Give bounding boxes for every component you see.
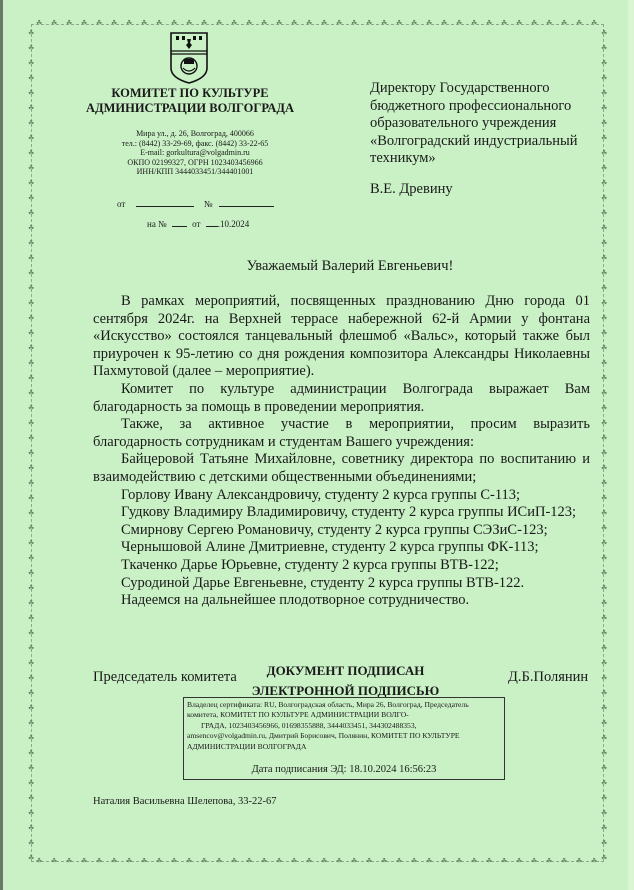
recipient-item: Суродиной Дарье Евгеньевне, студенту 2 к…: [93, 575, 590, 593]
closing-paragraph: Надеемся на дальнейшее плодотворное сотр…: [93, 592, 590, 610]
signer-name: Д.Б.Полянин: [508, 669, 588, 686]
recipient-item: Байцеровой Татьяне Михайловне, советнику…: [93, 451, 590, 486]
e-signature-certificate-box: Владелец сертификата: RU, Волгоградская …: [183, 697, 505, 780]
recipient-item: Гудкову Владимиру Владимировичу, студент…: [93, 504, 590, 522]
letter-body: В рамках мероприятий, посвященных праздн…: [93, 293, 590, 610]
volgograd-coat-of-arms-icon: [167, 30, 211, 85]
recipient-item: Ткаченко Дарье Юрьевне, студенту 2 курса…: [93, 557, 590, 575]
recipient-item: Смирнову Сергею Романовичу, студенту 2 к…: [93, 522, 590, 540]
paragraph: Также, за активное участие в мероприятии…: [93, 416, 590, 451]
signing-date: Дата подписания ЭД: 18.10.2024 16:56:23: [184, 765, 504, 775]
e-signature-stamp-heading: ДОКУМЕНТ ПОДПИСАН ЭЛЕКТРОННОЙ ПОДПИСЬЮ: [238, 661, 453, 701]
paragraph: Комитет по культуре администрации Волгог…: [93, 381, 590, 416]
recipient-item: Горлову Ивану Александровичу, студенту 2…: [93, 487, 590, 505]
organization-name: КОМИТЕТ ПО КУЛЬТУРЕ АДМИНИСТРАЦИИ ВОЛГОГ…: [60, 86, 320, 116]
number-blank: [219, 197, 274, 207]
organization-contacts: Мира ул., д. 26, Волгоград, 400066 тел.:…: [70, 129, 320, 177]
reply-reference-line: на № от .10.2024: [147, 217, 249, 229]
salutation: Уважаемый Валерий Евгеньевич!: [90, 258, 610, 275]
paragraph: В рамках мероприятий, посвященных праздн…: [93, 293, 590, 381]
addressee-name: В.Е. Древину: [370, 181, 453, 198]
executor-contact: Наталия Васильевна Шелепова, 33-22-67: [93, 796, 277, 807]
signer-title: Председатель комитета: [93, 669, 237, 686]
scan-edge: [0, 0, 3, 890]
registration-line: от №: [117, 197, 274, 209]
date-blank: [136, 197, 194, 207]
recipient-item: Чернышовой Алине Дмитриевне, студенту 2 …: [93, 539, 590, 557]
addressee-block: Директору Государственного бюджетного пр…: [370, 80, 610, 168]
scan-edge-right: [628, 0, 634, 890]
